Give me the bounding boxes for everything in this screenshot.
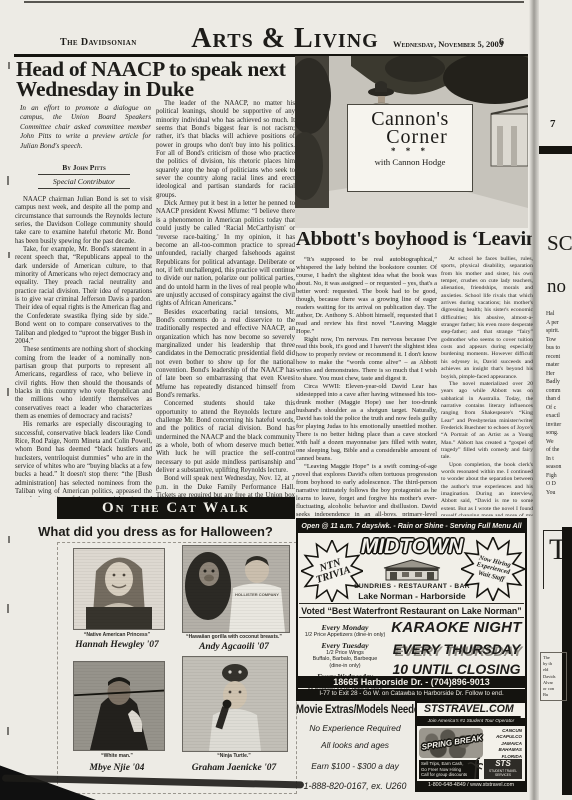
paragraph: Take, for example, Mr. Bond's statement …: [15, 246, 152, 346]
midtown-address-bar: 18665 Harborside Dr. - (704)896-9013: [298, 676, 525, 688]
naacp-column-2: The leader of the NAACP, no matter his p…: [156, 100, 295, 497]
stars-ornament: * * *: [348, 146, 472, 157]
midtown-hours-bar: Open @ 11 a.m. 7 days/wk. - Rain or Shin…: [298, 520, 525, 533]
midtown-directions-bar: I-77 to Exit 28 - Go W. on Catawba to Ha…: [298, 689, 525, 699]
movie-ad-phone: 1-888-820-0167, ex. U260: [296, 781, 414, 791]
photo-caption: “Hawaiian gorilla with coconut breasts.”: [176, 634, 292, 640]
byline-rule: [38, 188, 130, 189]
paragraph: Upon completion, the book clerk's words …: [441, 462, 533, 516]
scan-mark: [7, 604, 9, 613]
paragraph: His remarks are especially discouraging …: [15, 421, 152, 497]
paragraph: Besides exacerbating racial tensions, Mr…: [156, 309, 295, 401]
woman-portrait-illustration: [74, 549, 164, 629]
movie-extras-ad: Movie Extras/Models Needed No Experience…: [296, 704, 414, 791]
abbott-column-1: “It's supposed to be real autobiographic…: [296, 256, 437, 516]
paragraph: “Leaving Maggie Hope” is a swift coming-…: [296, 463, 437, 516]
sts-logo: STS STUDENT TRAVEL SERVICES: [484, 759, 522, 779]
paragraph: Dick Armey put it best in a letter he pe…: [156, 200, 295, 308]
adjacent-page-number: 7: [550, 118, 556, 130]
paragraph: At school he faces bullies, rules, sport…: [441, 256, 533, 381]
paragraph: These sentiments are nothing short of sh…: [15, 346, 152, 421]
paragraph: The leader of the NAACP, no matter his p…: [156, 100, 295, 200]
photo-graham-jaenicke: [182, 656, 288, 752]
masthead-paper-name: The Davidsonian: [60, 37, 137, 48]
sts-ad-body: SPRING BREAK CANCUN ACAPULCO JAMAICA BAH…: [417, 726, 525, 781]
building-illustration: [382, 558, 442, 582]
scan-mark: [8, 536, 10, 543]
masthead-section-title: Arts & Living: [150, 23, 420, 55]
destination-list: CANCUN ACAPULCO JAMAICA BAHAMAS FLORIDA: [496, 728, 522, 760]
photo-credit-name: Graham Jaenicke '07: [176, 763, 292, 773]
special-day: Every Tuesday: [301, 641, 389, 650]
page-gutter-shadow: [529, 0, 539, 800]
naacp-byline: By John Pitts Special Contributor: [16, 163, 152, 191]
adjacent-headline-fragment: no: [547, 276, 566, 298]
restaurant-building-icon: [382, 558, 442, 582]
photo-andy-agcaoili: HOLLISTER COMPANY: [182, 545, 290, 633]
destination: ACAPULCO: [496, 734, 522, 740]
cannons-corner-title-box: Cannon's Corner * * * with Cannon Hodge: [347, 104, 473, 192]
paragraph: Concerned students should take this oppo…: [156, 400, 295, 475]
photo-caption: “Native American Princess”: [57, 632, 177, 638]
naacp-editor-note: In an effort to promote a dialogue on ca…: [20, 104, 151, 151]
man-with-spear-illustration: [74, 662, 164, 750]
karaoke-line: KARAOKE NIGHT: [389, 619, 524, 636]
special-detail: 1/2 Price Appetizers (dine-in only): [301, 632, 389, 638]
byline-title: Special Contributor: [16, 177, 152, 186]
shirt-text: HOLLISTER COMPANY: [231, 592, 283, 597]
midtown-logo: MIDTOWN: [358, 535, 466, 559]
paragraph: NAACP chairman Julian Bond is set to vis…: [15, 196, 152, 246]
sts-subtitle: Join America's #1 Student Tour Operator: [417, 718, 525, 726]
gorilla-and-man-illustration: [183, 546, 289, 632]
byline-author: By John Pitts: [16, 163, 152, 172]
photo-credit-name: Mbye Njie '04: [57, 763, 177, 773]
scan-mark: [7, 388, 9, 396]
destination: BAHAMAS: [496, 747, 522, 753]
movie-ad-headline: Movie Extras/Models Needed: [296, 704, 395, 716]
masthead-date: Wednesday, November 5, 2003: [393, 39, 503, 49]
karaoke-night-promo: KARAOKE NIGHT EVERY THURSDAY 10 UNTIL CL…: [389, 619, 524, 677]
naacp-article-headline: Head of NAACP to speak next Wednesday in…: [16, 60, 298, 99]
paragraph: The novel materialized over 20 years ago…: [441, 381, 533, 462]
abbott-column-2: At school he faces bullies, rules, sport…: [441, 256, 533, 516]
newspaper-page: The Davidsonian Arts & Living Wednesday,…: [0, 0, 572, 800]
palm-tree-icon: [467, 757, 483, 784]
midtown-tagline: SUNDRIES - RESTAURANT - BAR: [354, 583, 470, 590]
photo-caption: “White man.”: [57, 753, 177, 759]
cannons-corner-photo: Cannon's Corner * * * with Cannon Hodge: [295, 56, 528, 228]
paragraph: Bond will speak next Wednesday, Nov. 12,…: [156, 475, 295, 497]
karaoke-line: 10 UNTIL CLOSING: [389, 661, 524, 677]
photo-mbye-njie: [73, 661, 165, 751]
scan-artifact-top-line: [24, 1, 524, 3]
scan-mark: [7, 727, 9, 735]
special-detail: (dine-in only): [301, 663, 389, 669]
paragraph: “It's supposed to be real autobiographic…: [296, 256, 437, 336]
abbott-article-headline: Abbott's boyhood is ‘Leaving': [296, 228, 532, 251]
photo-caption: “Ninja Turtle.”: [176, 753, 292, 759]
adjacent-page-rule: [539, 146, 572, 154]
scan-mark: [8, 252, 10, 258]
photo-credit-name: Andy Agcaoili '07: [176, 642, 292, 652]
midtown-location: Lake Norman - Harborside: [354, 591, 470, 601]
paragraph: Right now, I'm nervous. I'm nervous beca…: [296, 336, 437, 384]
adjacent-text-fragments: Hal A per spirit. Tow bus to recent mate…: [546, 310, 572, 497]
column-title-line2: Corner: [348, 128, 472, 146]
karaoke-line: EVERY THURSDAY: [389, 641, 524, 657]
movie-ad-line: Earn $100 - $300 a day: [296, 761, 414, 771]
now-hiring-starburst: Now Hiring Experienced Wait Staff: [461, 537, 525, 601]
scan-mark: [7, 176, 9, 185]
sts-travel-ad: STSTRAVEL.COM Join America's #1 Student …: [415, 701, 527, 792]
page-number: 6: [499, 37, 504, 48]
midtown-voted-line: Voted “Best Waterfront Restaurant on Lak…: [299, 603, 524, 618]
paragraph: Circa WWII: Eleven-year-old David Lear h…: [296, 383, 437, 463]
naacp-column-1: NAACP chairman Julian Bond is set to vis…: [15, 196, 152, 497]
adjacent-headline-fragment: SC: [547, 232, 572, 254]
man-with-mask-illustration: [183, 657, 287, 751]
columnist-name: with Cannon Hodge: [348, 157, 472, 168]
special-detail: Buffalo, Barbalo, Barbeque: [301, 656, 389, 662]
catwalk-question: What did you dress as for Halloween?: [15, 524, 296, 539]
special-day: Every Monday: [301, 623, 389, 632]
byline-rule: [38, 174, 130, 175]
sts-url: STSTRAVEL.COM: [417, 703, 521, 718]
photo-hannah-hewgley: [73, 548, 165, 630]
movie-ad-line: No Experience Required: [296, 723, 414, 733]
adjacent-smallprint-fragment: The by th eld Davids Alvar or con Bu: [540, 652, 567, 701]
photo-credit-name: Hannah Hewgley '07: [57, 640, 177, 650]
catwalk-banner: On the Cat Walk: [57, 497, 295, 519]
midtown-restaurant-ad: Open @ 11 a.m. 7 days/wk. - Rain or Shin…: [296, 518, 527, 701]
movie-ad-line: All looks and ages: [296, 740, 414, 750]
scan-mark: [8, 62, 10, 69]
